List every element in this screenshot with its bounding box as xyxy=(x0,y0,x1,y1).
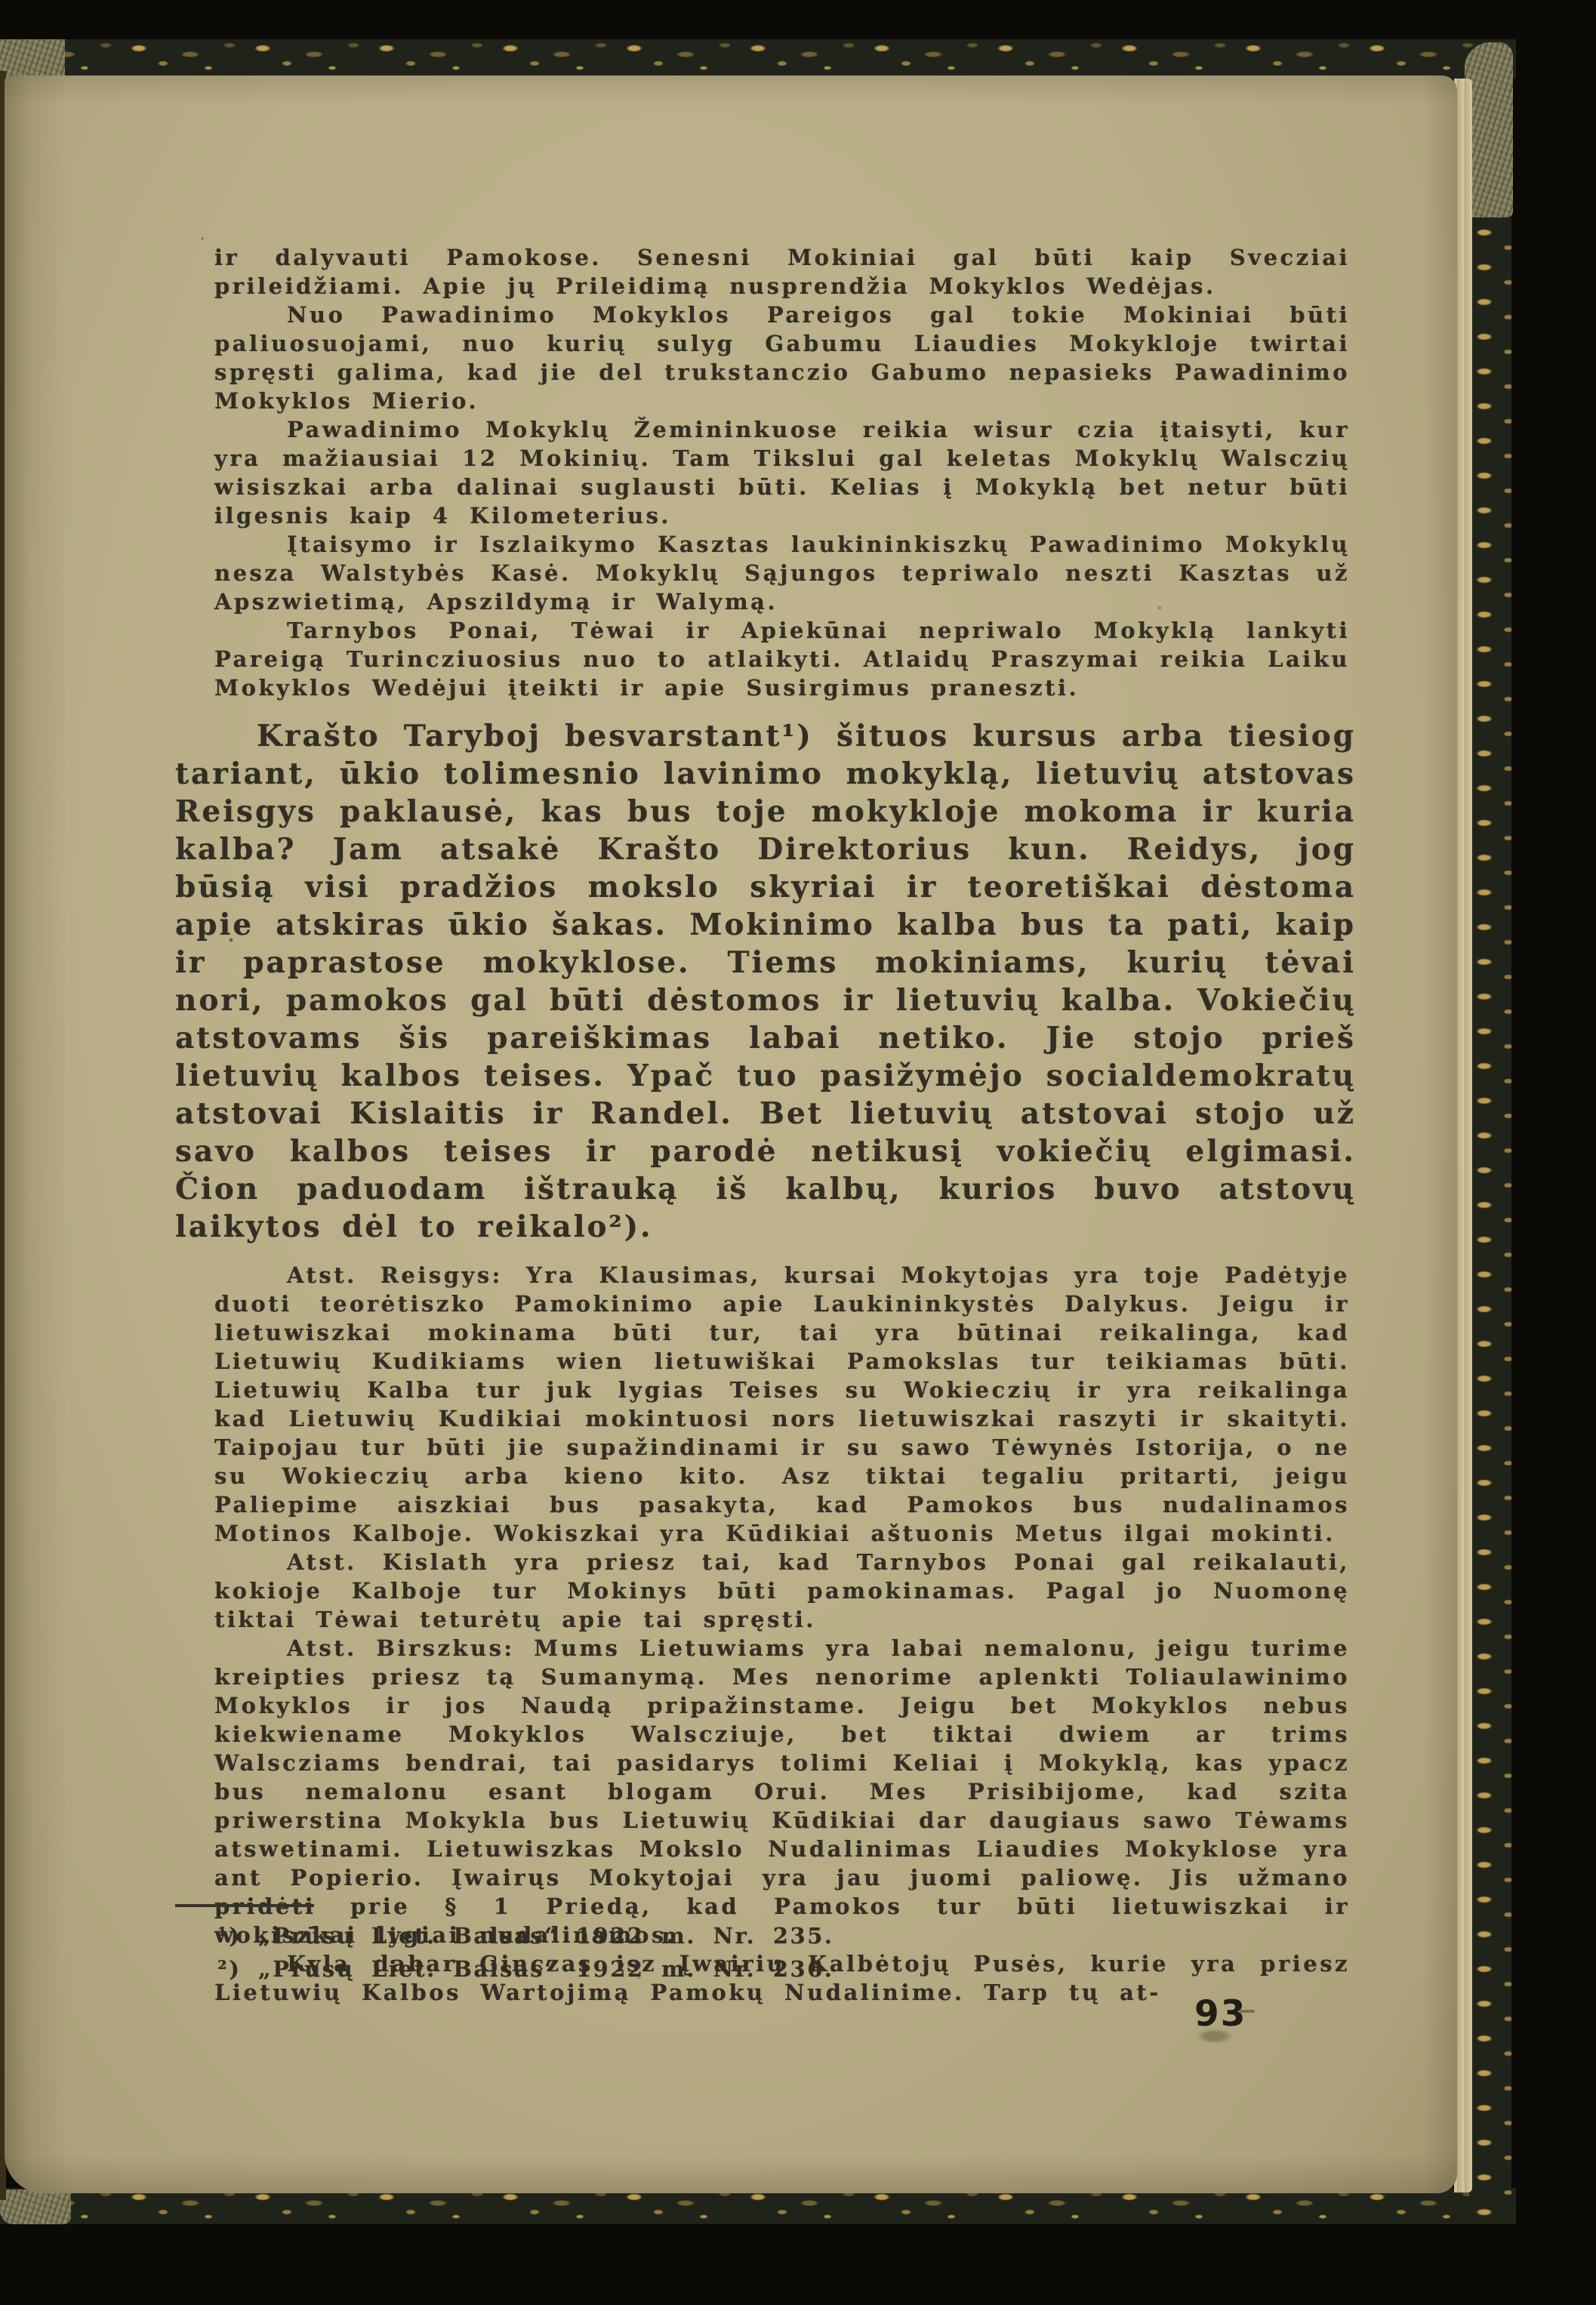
book-cover-edge-right xyxy=(1469,50,1511,2221)
footnote-2: ²) „Prūsų Liet. Balsas“ 1922 m. Nr. 236. xyxy=(217,1954,897,1984)
paragraph-6: Krašto Taryboj besvarstant¹) šituos kurs… xyxy=(175,717,1356,1246)
book-cover-edge-top xyxy=(0,39,1516,79)
footnotes: ¹) „Prūsų Liet. Balsas“ 1922 m. Nr. 235.… xyxy=(217,1921,897,1987)
paragraph-7: Atst. Reisgys: Yra Klausimas, kursai Mok… xyxy=(214,1261,1350,1548)
paragraph-1: ir dalyvauti Pamokose. Senesni Mokiniai … xyxy=(214,243,1350,300)
page-text-block: ir dalyvauti Pamokose. Senesni Mokiniai … xyxy=(175,243,1356,2007)
pencil-mark xyxy=(1240,2010,1255,2013)
paragraph-5: Tarnybos Ponai, Tėwai ir Apiekūnai nepri… xyxy=(214,616,1350,702)
paragraph-9: Atst. Birszkus: Mums Lietuwiams yra laba… xyxy=(214,1634,1350,1949)
paragraph-2: Nuo Pawadinimo Mokyklos Pareigos gal tok… xyxy=(214,300,1350,415)
cloth-corner-bottom-left xyxy=(0,2189,71,2224)
paragraph-8: Atst. Kislath yra priesz tai, kad Tarnyb… xyxy=(214,1548,1350,1634)
paragraph-3: Pawadinimo Mokyklų Žemininkuose reikia w… xyxy=(214,415,1350,530)
book-page: ir dalyvauti Pamokose. Senesni Mokiniai … xyxy=(5,75,1457,2193)
paragraph-4: Įtaisymo ir Iszlaikymo Kasztas laukinink… xyxy=(214,530,1350,616)
scanned-book-photo: { "scan": { "page_number": "93", "colors… xyxy=(0,0,1596,2305)
footnote-divider xyxy=(175,1904,314,1907)
cloth-corner-top-left xyxy=(0,39,65,79)
footnote-1: ¹) „Prūsų Liet. Balsas“ 1922 m. Nr. 235. xyxy=(217,1921,897,1951)
book-cover-edge-bottom xyxy=(0,2188,1516,2224)
page-number: 93 xyxy=(1194,1993,1246,2035)
ink-smudge xyxy=(1197,2029,1232,2043)
